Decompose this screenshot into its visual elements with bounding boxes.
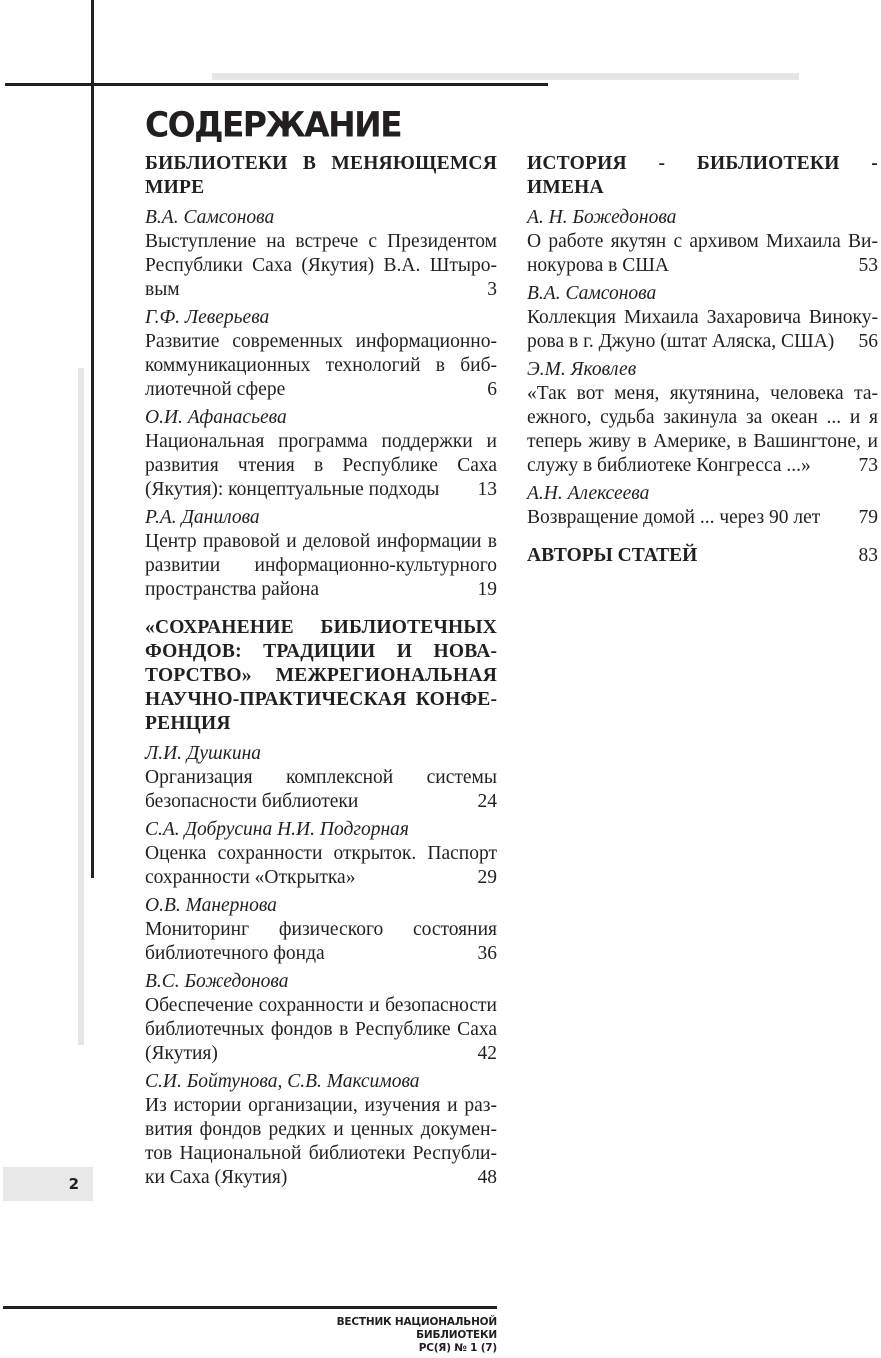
entry-author: А.Н. Алексеева: [527, 482, 878, 506]
entry-author: О.И. Афанасьева: [145, 406, 497, 430]
page-ref: 29: [478, 866, 498, 890]
entry-title-text: О работе якутян с архивом Михаила Ви­нок…: [527, 231, 878, 276]
toc-entry[interactable]: А.Н. АлексееваВозвращение домой ... чере…: [527, 482, 878, 530]
section-entries: В.А. СамсоноваВыступление на встрече с П…: [145, 206, 497, 602]
journal-issue: РС(Я) № 1 (7): [337, 1342, 497, 1355]
decorative-gray-bar-side: [78, 368, 84, 1045]
entry-title-text: Развитие современных информационно-комму…: [145, 331, 497, 400]
entry-author: Р.А. Данилова: [145, 506, 497, 530]
entry-title: Возвращение домой ... через 90 лет 79: [527, 506, 878, 530]
toc-right-column: ИСТОРИЯ - БИБЛИОТЕКИ - ИМЕНА А. Н. Божед…: [527, 152, 878, 568]
entry-title: «Так вот меня, якутянина, человека та­еж…: [527, 382, 878, 478]
entry-title-text: Из истории организации, изучения и раз­в…: [145, 1095, 497, 1188]
decorative-gray-bar-top: [212, 73, 799, 80]
entry-title: Развитие современных информационно-комму…: [145, 330, 497, 402]
page-ref: 48: [478, 1166, 498, 1190]
page-ref: 6: [487, 378, 497, 402]
section-heading: ИСТОРИЯ - БИБЛИОТЕКИ - ИМЕНА: [527, 152, 878, 200]
entry-title: Обеспечение сохранности и безопаснос­ти …: [145, 994, 497, 1066]
footer-rule: [3, 1306, 497, 1309]
toc-entry-authors[interactable]: АВТОРЫ СТАТЕЙ 83: [527, 544, 878, 568]
toc-entry[interactable]: В.А. СамсоноваКоллекция Михаила Захарови…: [527, 282, 878, 354]
journal-footer: ВЕСТНИК НАЦИОНАЛЬНОЙ БИБЛИОТЕКИ РС(Я) № …: [337, 1316, 497, 1355]
entry-author: Э.М. Яковлев: [527, 358, 878, 382]
page-ref: 13: [478, 478, 498, 502]
page-ref: 79: [859, 506, 879, 530]
page-ref: 53: [859, 254, 879, 278]
page-number: 2: [69, 1175, 79, 1193]
toc-entry[interactable]: Г.Ф. ЛеверьеваРазвитие современных инфор…: [145, 306, 497, 402]
entry-author: Г.Ф. Леверьева: [145, 306, 497, 330]
journal-name-line2: БИБЛИОТЕКИ: [337, 1329, 497, 1342]
toc-entry[interactable]: С.И. Бойтунова, С.В. МаксимоваИз истории…: [145, 1070, 497, 1190]
entry-title-text: Национальная программа поддержки и разви…: [145, 431, 497, 500]
entry-author: В.А. Самсонова: [145, 206, 497, 230]
entry-author: А. Н. Божедонова: [527, 206, 878, 230]
page-ref: 19: [478, 578, 498, 602]
page-title: СОДЕРЖАНИЕ: [145, 104, 401, 145]
section-heading: АВТОРЫ СТАТЕЙ: [527, 544, 697, 568]
section-heading: «СОХРАНЕНИЕ БИБЛИОТЕЧНЫХ ФОНДОВ: ТРАДИЦИ…: [145, 616, 497, 736]
entry-author: О.В. Манернова: [145, 894, 497, 918]
entry-title-text: Организация комплексной системы безопасн…: [145, 767, 497, 812]
entry-title: Организация комплексной системы безопасн…: [145, 766, 497, 814]
toc-entry[interactable]: Л.И. ДушкинаОрганизация комплексной сист…: [145, 742, 497, 814]
entry-title-text: Мониторинг физического состояния библиот…: [145, 919, 497, 964]
entry-title-text: Обеспечение сохранности и безопаснос­ти …: [145, 995, 497, 1064]
toc-entry[interactable]: В.С. БожедоноваОбеспечение сохранности и…: [145, 970, 497, 1066]
section-heading: БИБЛИОТЕКИ В МЕНЯЮЩЕМСЯ МИРЕ: [145, 152, 497, 200]
page-ref: 24: [478, 790, 498, 814]
toc-entry[interactable]: Р.А. ДаниловаЦентр правовой и деловой ин…: [145, 506, 497, 602]
entry-title: О работе якутян с архивом Михаила Ви­нок…: [527, 230, 878, 278]
entry-title: Центр правовой и деловой информации в ра…: [145, 530, 497, 602]
entry-author: С.И. Бойтунова, С.В. Максимова: [145, 1070, 497, 1094]
entry-title-text: Возвращение домой ... через 90 лет: [527, 507, 820, 528]
page-ref: 42: [478, 1042, 498, 1066]
entry-title-text: Центр правовой и деловой информации в ра…: [145, 531, 497, 600]
entry-title-text: «Так вот меня, якутянина, человека та­еж…: [527, 383, 878, 476]
page-ref: 73: [859, 454, 879, 478]
entry-author: В.С. Божедонова: [145, 970, 497, 994]
entry-title: Выступление на встрече с Президентом Рес…: [145, 230, 497, 302]
page-ref: 36: [478, 942, 498, 966]
toc-entry[interactable]: В.А. СамсоноваВыступление на встрече с П…: [145, 206, 497, 302]
entry-title-text: Выступление на встрече с Президентом Рес…: [145, 231, 497, 300]
page-number-badge: 2: [3, 1167, 93, 1201]
entry-title: Национальная программа поддержки и разви…: [145, 430, 497, 502]
entry-title-text: Оценка сохранности открыток. Паспорт сох…: [145, 843, 497, 888]
page-ref: 83: [859, 544, 879, 568]
entry-title: Оценка сохранности открыток. Паспорт сох…: [145, 842, 497, 890]
toc-entry[interactable]: О.В. МанерноваМониторинг физического сос…: [145, 894, 497, 966]
entry-author: С.А. Добрусина Н.И. Подгорная: [145, 818, 497, 842]
toc-entry[interactable]: Э.М. Яковлев«Так вот меня, якутянина, че…: [527, 358, 878, 478]
toc-entry[interactable]: С.А. Добрусина Н.И. ПодгорнаяОценка сохр…: [145, 818, 497, 890]
entry-title: Коллекция Михаила Захаровича Виноку­рова…: [527, 306, 878, 354]
toc-entry[interactable]: О.И. АфанасьеваНациональная программа по…: [145, 406, 497, 502]
entry-title-text: Коллекция Михаила Захаровича Виноку­рова…: [527, 307, 878, 352]
entry-author: Л.И. Душкина: [145, 742, 497, 766]
decorative-vertical-rule: [91, 0, 94, 878]
entry-author: В.А. Самсонова: [527, 282, 878, 306]
entry-title: Из истории организации, изучения и раз­в…: [145, 1094, 497, 1190]
section-entries: Л.И. ДушкинаОрганизация комплексной сист…: [145, 742, 497, 1190]
decorative-horizontal-rule: [5, 83, 548, 86]
toc-left-column: БИБЛИОТЕКИ В МЕНЯЮЩЕМСЯ МИРЕ В.А. Самсон…: [145, 152, 497, 1194]
entry-title: Мониторинг физического состояния библиот…: [145, 918, 497, 966]
page-ref: 56: [859, 330, 879, 354]
toc-entry[interactable]: А. Н. БожедоноваО работе якутян с архиво…: [527, 206, 878, 278]
page-ref: 3: [487, 278, 497, 302]
journal-name-line1: ВЕСТНИК НАЦИОНАЛЬНОЙ: [337, 1316, 497, 1329]
section-entries: А. Н. БожедоноваО работе якутян с архиво…: [527, 206, 878, 530]
